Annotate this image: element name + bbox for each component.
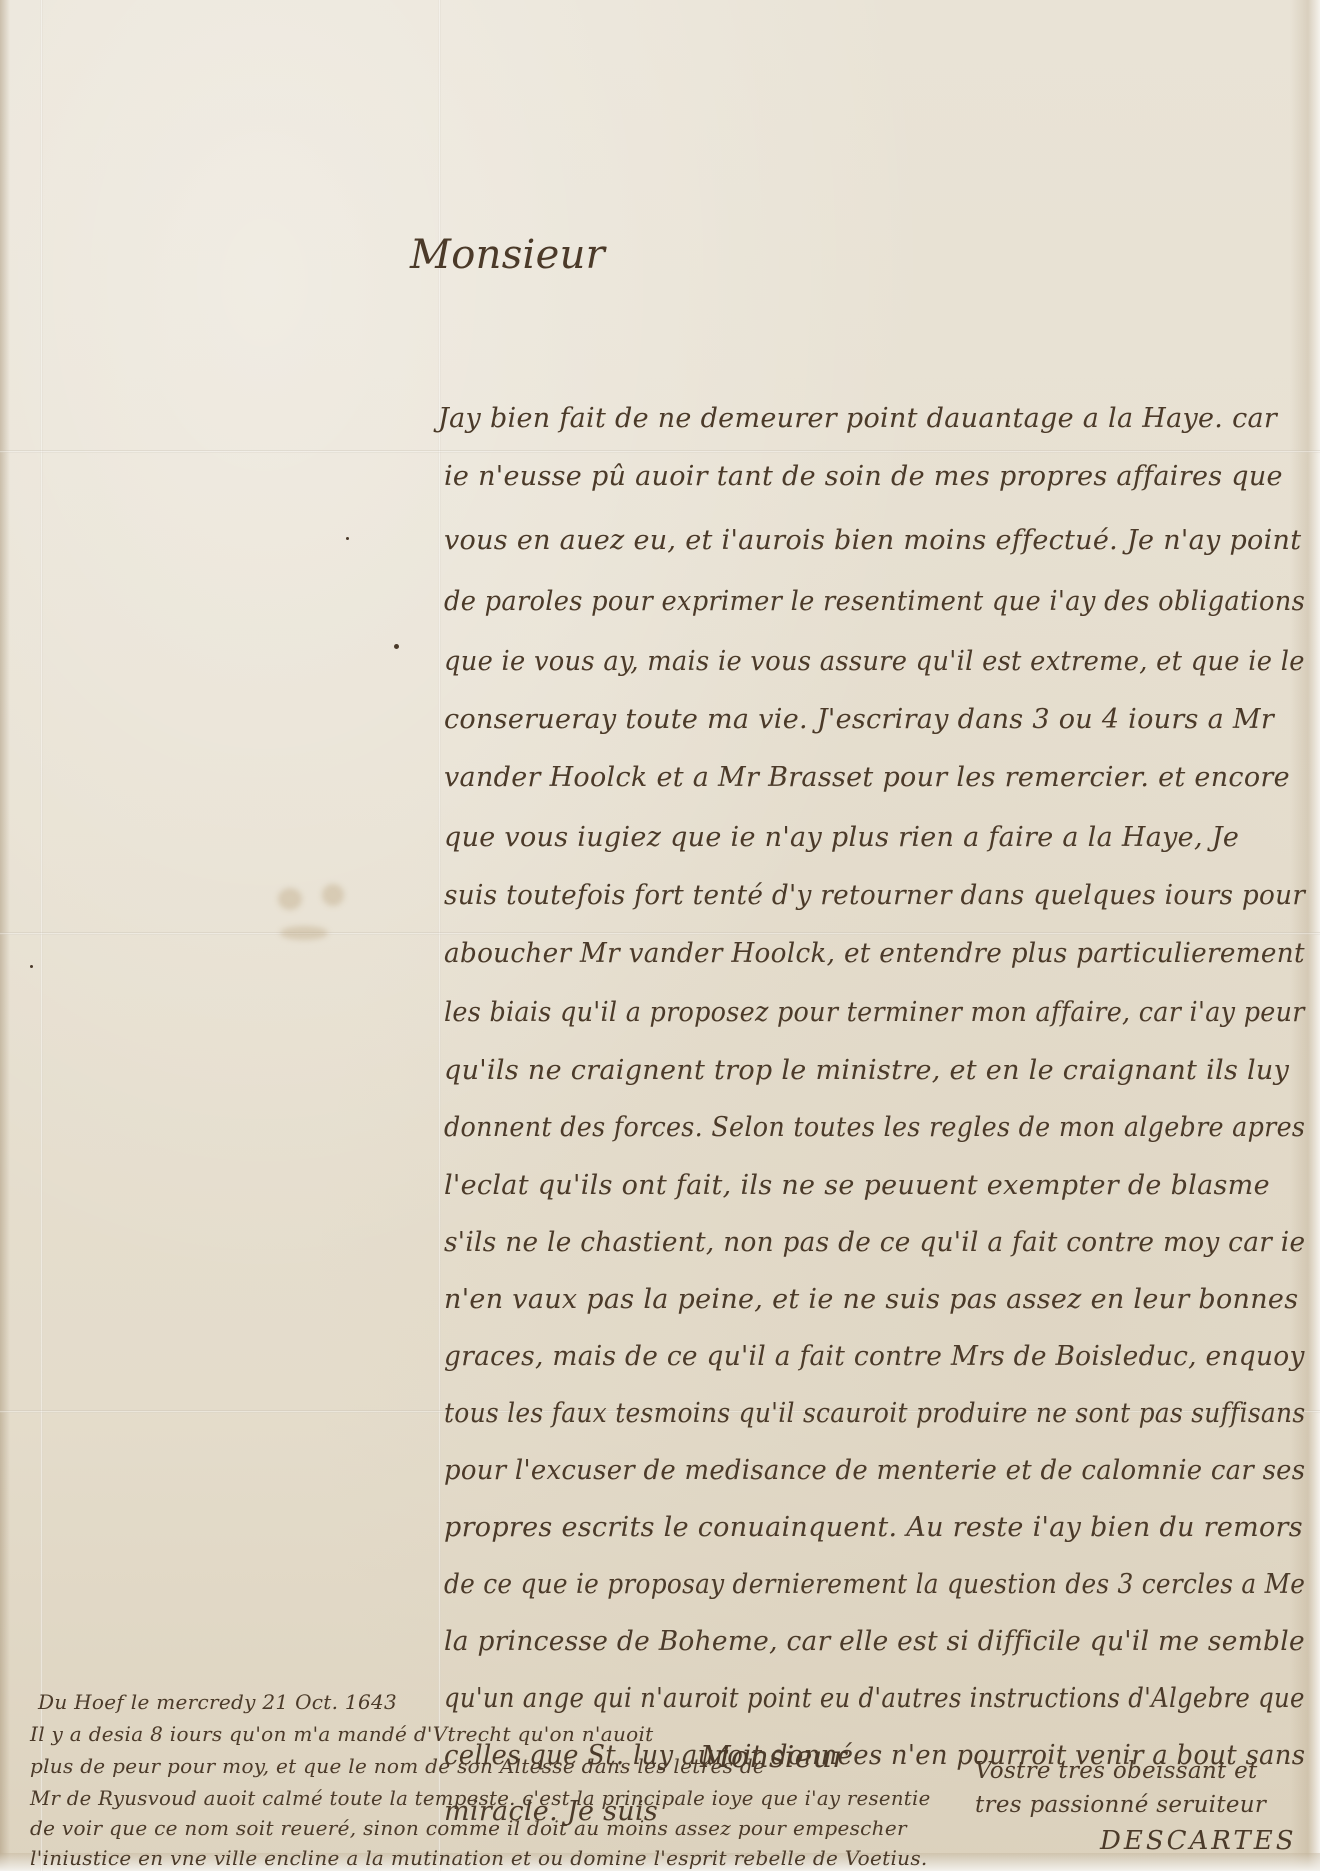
body-line: de paroles pour exprimer le resentiment … <box>444 586 1305 617</box>
body-line: pour l'excuser de medisance de menterie … <box>444 1455 1305 1486</box>
body-line: la princesse de Boheme, car elle est si … <box>444 1626 1305 1657</box>
body-line: vander Hoolck et a Mr Brasset pour les r… <box>444 762 1290 793</box>
salutation: Monsieur <box>410 232 605 278</box>
fold-crease <box>0 450 1320 453</box>
body-line: graces, mais de ce qu'il a fait contre M… <box>444 1341 1305 1372</box>
body-line: aboucher Mr vander Hoolck, et entendre p… <box>444 938 1305 969</box>
paper-left-edge <box>0 0 10 1871</box>
body-line: propres escrits le conuainquent. Au rest… <box>444 1512 1303 1543</box>
body-line: vous en auez eu, et i'aurois bien moins … <box>444 525 1301 556</box>
fold-crease <box>0 932 1320 935</box>
postscript-line: Il y a desia 8 iours qu'on m'a mandé d'V… <box>30 1722 654 1746</box>
body-line: que ie vous ay, mais ie vous assure qu'i… <box>444 646 1305 677</box>
body-line: qu'ils ne craignent trop le ministre, et… <box>444 1055 1289 1086</box>
ink-dot <box>394 644 399 649</box>
body-line: suis toutefois fort tenté d'y retourner … <box>444 880 1305 911</box>
body-line: qu'un ange qui n'auroit point eu d'autre… <box>444 1683 1305 1714</box>
body-line: conserueray toute ma vie. J'escriray dan… <box>444 704 1274 735</box>
postscript-line: Mr de Ryusvoud auoit calmé toute la temp… <box>30 1786 931 1810</box>
body-line: donnent des forces. Selon toutes les reg… <box>444 1112 1305 1143</box>
body-line: que vous iugiez que ie n'ay plus rien a … <box>444 822 1239 853</box>
fold-crease <box>438 0 441 1871</box>
body-line: n'en vaux pas la peine, et ie ne suis pa… <box>444 1284 1298 1315</box>
closing-salutation: Monsieur <box>700 1740 847 1775</box>
ink-stain <box>322 884 344 906</box>
body-line: l'eclat qu'ils ont fait, ils ne se peuue… <box>444 1170 1270 1201</box>
ink-dot <box>346 537 349 540</box>
body-line: ie n'eusse pû auoir tant de soin de mes … <box>444 461 1283 492</box>
letter-page: Monsieur Jay bien fait de ne demeurer po… <box>0 0 1320 1871</box>
ink-stain <box>280 926 328 940</box>
fold-crease <box>40 0 43 1871</box>
closing-line: Vostre tres obeissant et <box>975 1758 1258 1784</box>
ink-dot <box>30 965 33 968</box>
body-line: de ce que ie proposay dernierement la qu… <box>444 1569 1305 1600</box>
ink-stain <box>278 888 302 910</box>
body-line: tous les faux tesmoins qu'il scauroit pr… <box>444 1398 1305 1429</box>
postscript-line: plus de peur pour moy, et que le nom de … <box>30 1754 765 1778</box>
postscript-line: l'iniustice en vne ville encline a la mu… <box>30 1846 928 1870</box>
postscript-dateline: Du Hoef le mercredy 21 Oct. 1643 <box>38 1690 397 1714</box>
body-line: les biais qu'il a proposez pour terminer… <box>444 997 1305 1028</box>
body-line: Jay bien fait de ne demeurer point dauan… <box>438 403 1277 434</box>
body-line: s'ils ne le chastient, non pas de ce qu'… <box>444 1227 1305 1258</box>
signature: DESCARTES <box>1100 1826 1297 1856</box>
closing-line: tres passionné seruiteur <box>975 1792 1266 1818</box>
postscript-line: de voir que ce nom soit reueré, sinon co… <box>30 1816 907 1840</box>
